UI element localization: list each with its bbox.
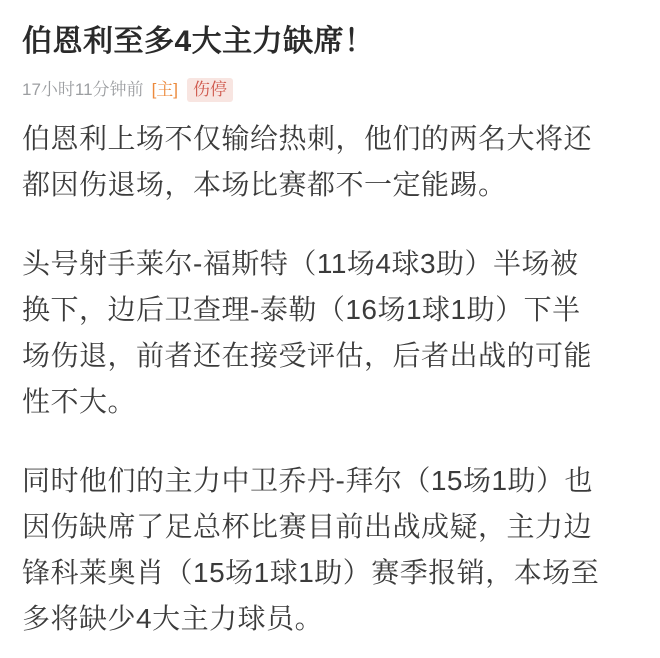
article: 伯恩利至多4大主力缺席！ 17小时11分钟前 [主] 伤停 伯恩利上场不仅输给热… [0,0,607,642]
article-body: 伯恩利上场不仅输给热刺，他们的两名大将还都因伤退场，本场比赛都不一定能踢。 头号… [22,116,607,642]
timestamp: 17小时11分钟前 [22,78,144,102]
article-paragraph-1: 伯恩利上场不仅输给热刺，他们的两名大将还都因伤退场，本场比赛都不一定能踢。 [22,116,607,208]
article-title: 伯恩利至多4大主力缺席！ [22,22,607,62]
article-meta: 17小时11分钟前 [主] 伤停 [22,78,607,102]
home-team-tag: [主] [152,78,178,102]
article-paragraph-3: 同时他们的主力中卫乔丹-拜尔（15场1助）也因伤缺席了足总杯比赛目前出战成疑，主… [22,458,607,642]
injury-status-badge: 伤停 [187,78,233,102]
article-paragraph-2: 头号射手莱尔-福斯特（11场4球3助）半场被换下，边后卫查理-泰勒（16场1球1… [22,241,607,425]
